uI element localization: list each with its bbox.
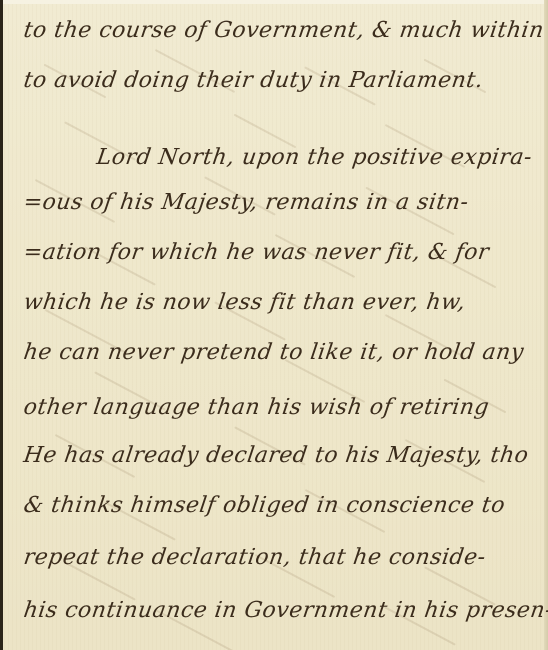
manuscript-line-2: to avoid doing their duty in Parliament.	[22, 68, 485, 93]
manuscript-line-9: He has already declared to his Majesty, …	[22, 443, 530, 468]
manuscript-line-5: =ation for which he was never fit, & for	[22, 240, 491, 265]
page-left-edge	[0, 0, 3, 650]
manuscript-line-11: repeat the declaration, that he conside-	[22, 545, 487, 570]
manuscript-line-3: Lord North, upon the positive expira-	[95, 145, 534, 170]
manuscript-line-10: & thinks himself obliged in conscience t…	[22, 493, 507, 518]
manuscript-line-8: other language than his wish of retiring	[22, 395, 491, 420]
manuscript-line-6: which he is now less fit than ever, hw,	[22, 290, 467, 315]
manuscript-line-12: his continuance in Government in his pre…	[22, 598, 548, 623]
manuscript-page: to the course of Government, & much with…	[0, 0, 548, 650]
manuscript-line-4: =ous of his Majesty, remains in a sitn-	[22, 190, 470, 215]
page-right-edge	[544, 0, 548, 650]
manuscript-line-1: to the course of Government, & much with…	[22, 18, 546, 43]
page-top-edge	[0, 0, 548, 4]
manuscript-line-7: he can never pretend to like it, or hold…	[22, 340, 526, 365]
